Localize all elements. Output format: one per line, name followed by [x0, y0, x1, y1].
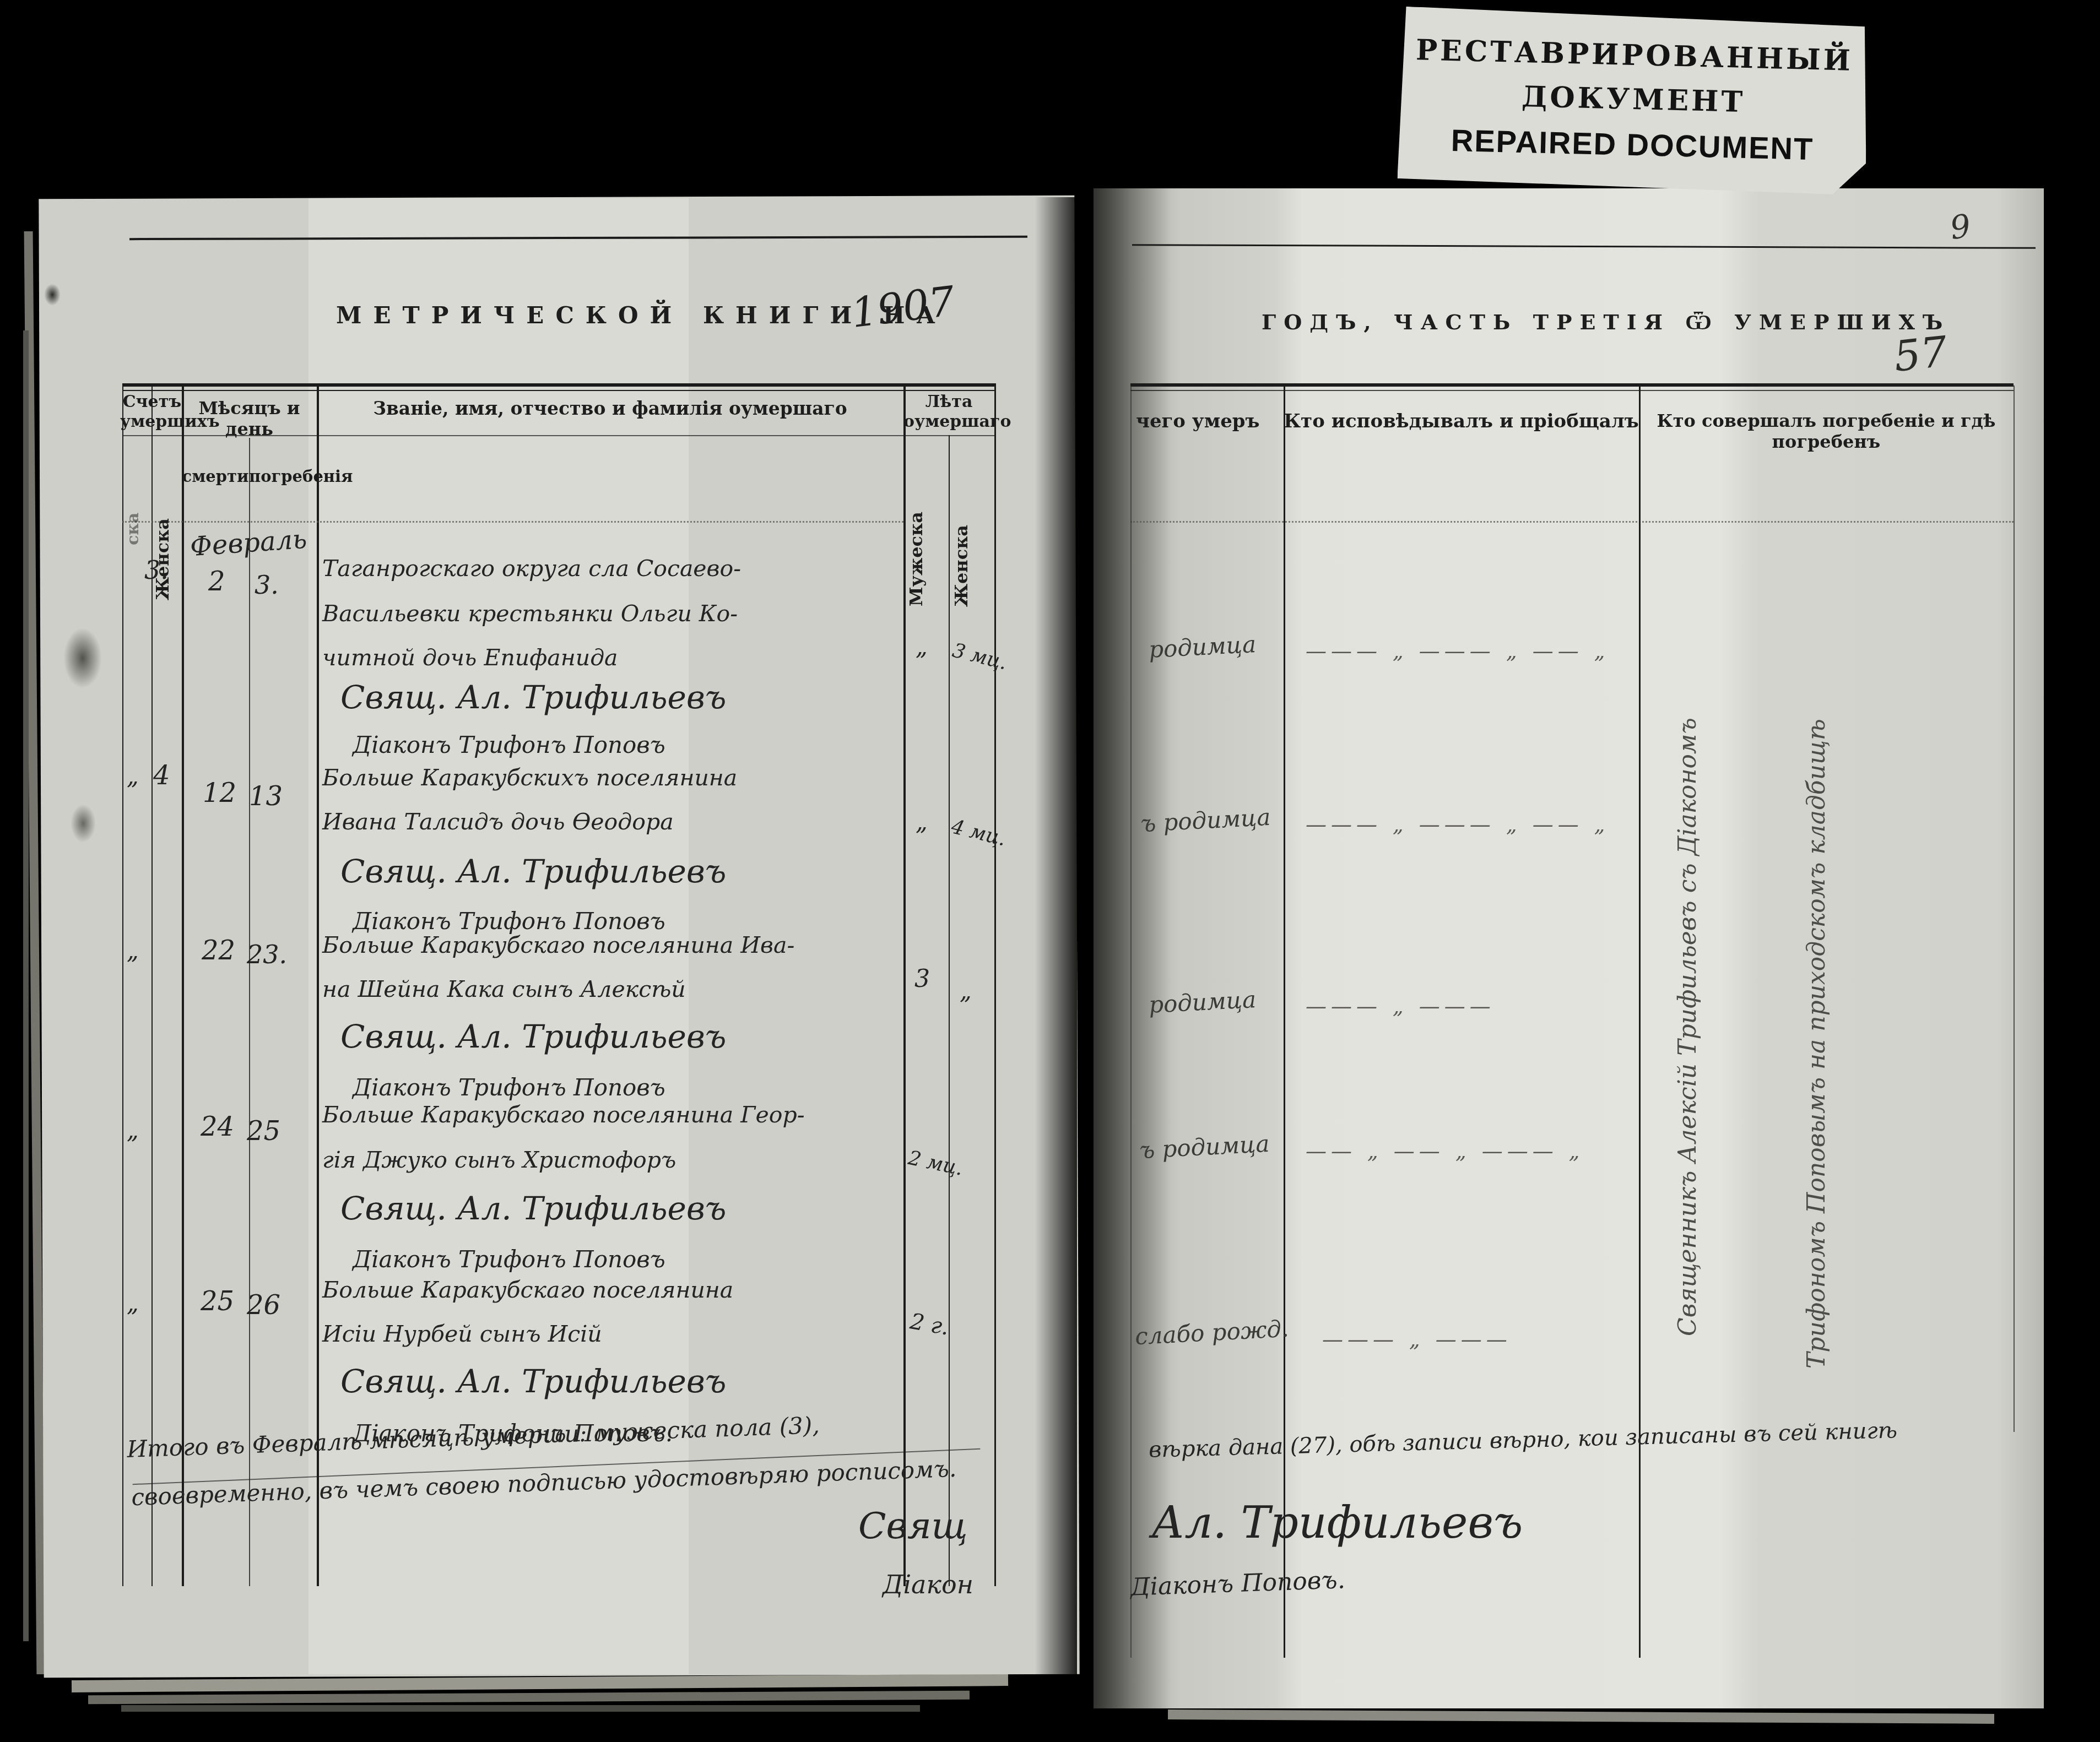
ditto-marks: ——— „ ——— „ —— „	[1306, 812, 1609, 837]
entry-record-line: Больше Каракубскихъ поселянина	[322, 764, 737, 791]
entry-death-day: 24	[201, 1111, 234, 1142]
entry-burial-day: 3.	[255, 570, 279, 600]
entry-age-male: 3	[914, 965, 930, 993]
cause-of-death: родимца	[1148, 986, 1257, 1018]
grid-line	[1130, 390, 2014, 391]
entry-counter: 4	[153, 760, 170, 791]
col-burial-officiant-header: Кто совершалъ погребеніе и гдѣ погребенъ	[1639, 410, 2014, 452]
attestation-priest-signature: Ал. Трифильевъ	[1151, 1497, 1523, 1548]
col-name-header: Званіе, имя, отчество и фамилія оумершаг…	[317, 398, 903, 419]
entry-burial-day: 13	[249, 781, 283, 812]
entry-ditto: „	[127, 1290, 139, 1317]
col-death-header: смерти	[182, 467, 249, 486]
col-burial-header: погребенія	[249, 467, 317, 486]
entry-record-line: Больше Каракубскаго поселянина Геор-	[322, 1101, 805, 1128]
entry-record-line: Васильевки крестьянки Ольги Ко-	[322, 600, 738, 627]
col-confession-header: Кто исповѣдывалъ и пріобщалъ	[1284, 410, 1639, 432]
entry-ditto: „	[127, 1117, 139, 1144]
entry-priest-signature: Свящ. Ал. Трифильевъ	[340, 1363, 726, 1400]
repaired-label-line-en: REPAIRED DOCUMENT	[1398, 121, 1866, 169]
ditto-marks: ——— „ ——— „ —— „	[1306, 639, 1609, 663]
scanned-book-photo: МЕТРИЧЕСКОЙ КНИГИ НА 1907 Счетъ умершихъ…	[0, 0, 2100, 1742]
entry-burial-day: 25	[247, 1116, 280, 1147]
entry-record-line: читной дочь Епифанида	[322, 644, 618, 671]
damage-spot	[44, 284, 61, 306]
summary-priest-signature: Свящ	[858, 1505, 968, 1547]
entry-ditto: „	[127, 937, 139, 964]
repaired-label-line-ru1: РЕСТАВРИРОВАННЫЙ	[1400, 33, 1869, 78]
summary-deacon-signature: Діакон	[883, 1570, 973, 1599]
entry-counter: 3.	[144, 555, 169, 585]
grid-line	[1130, 383, 2014, 387]
ditto-marks: —— „ —— „ ——— „	[1306, 1139, 1584, 1163]
entry-ditto: „	[127, 763, 139, 790]
entry-age-male: „	[916, 808, 928, 835]
repaired-label-line-ru2: ДОКУМЕНТ	[1399, 77, 1868, 122]
damage-spot	[63, 628, 102, 688]
entry-priest-signature: Свящ. Ал. Трифильевъ	[340, 679, 726, 716]
entry-deacon-signature: Діаконъ Трифонъ Поповъ	[353, 1074, 665, 1101]
grid-line	[1639, 386, 1641, 1658]
entry-record-line: Исіи Нурбей сынъ Исій	[322, 1321, 602, 1347]
col-cause-header: чего умеръ	[1136, 410, 1260, 432]
grid-line-dotted	[1130, 521, 2014, 523]
grid-line	[2014, 386, 2015, 1432]
grid-line-dotted	[122, 521, 903, 523]
grid-line	[994, 386, 996, 1586]
entry-death-day: 22	[202, 935, 235, 966]
entry-deacon-signature: Діаконъ Трифонъ Поповъ	[353, 731, 665, 758]
entry-burial-day: 26	[247, 1290, 280, 1321]
grid-line	[122, 390, 996, 391]
entry-priest-signature: Свящ. Ал. Трифильевъ	[340, 853, 726, 890]
entry-record-line: гія Джуко сынъ Христофоръ	[322, 1147, 676, 1173]
page-stack-edge	[88, 1691, 970, 1704]
ditto-marks: ——— „ ———	[1322, 1327, 1512, 1352]
damage-spot	[71, 804, 96, 843]
right-page-title: ГОДЪ, ЧАСТЬ ТРЕТІЯ Ѿ УМЕРШИХЪ	[1262, 310, 1746, 335]
cause-of-death: родимца	[1148, 631, 1257, 663]
grid-line	[949, 435, 950, 1586]
page-stack-edge	[1168, 1710, 1994, 1724]
entry-age-female: „	[960, 978, 972, 1005]
entry-record-line: на Шейна Кака сынъ Алексѣй	[322, 976, 686, 1002]
torn-edge	[1035, 197, 1077, 1676]
col-count-header: Счетъ умершихъ	[120, 392, 184, 432]
entry-record-line: Больше Каракубскаго поселянина	[322, 1277, 733, 1303]
entry-priest-signature: Свящ. Ал. Трифильевъ	[340, 1018, 726, 1055]
page-stack-edge	[23, 330, 29, 1641]
page-number: 57	[1892, 327, 1950, 381]
grid-line	[1284, 386, 1285, 1658]
col-count-sub-left-label: ска	[123, 446, 151, 611]
grid-line	[182, 386, 184, 1586]
col-age-header: Лѣта оумершаго	[903, 392, 994, 432]
vertical-clergy-note: Священникъ Алексій Трифильевъ съ Діаконо…	[1674, 562, 1726, 1493]
page-stack-edge	[121, 1705, 920, 1712]
entry-burial-day: 23.	[247, 940, 287, 969]
col-month-header: Мѣсяцъ и день	[182, 398, 317, 439]
entry-record-line: Таганрогскаго округа сла Сосаево-	[322, 555, 741, 582]
entry-record-line: Ивана Талсидъ дочь Ѳеодора	[322, 808, 674, 835]
grid-line	[122, 383, 996, 387]
repaired-document-label: РЕСТАВРИРОВАННЫЙ ДОКУМЕНТ REPAIRED DOCUM…	[1397, 7, 1870, 196]
grid-line	[249, 438, 250, 1586]
vertical-clergy-note: Трифономъ Поповымъ на приходскомъ кладби…	[1803, 592, 1855, 1495]
entry-death-day: 25	[201, 1286, 234, 1317]
entry-death-day: 12	[203, 778, 236, 808]
grid-line	[317, 386, 319, 1586]
grid-line	[1130, 386, 1132, 1658]
ditto-marks: ——— „ ———	[1306, 994, 1495, 1018]
entry-death-day: 2	[208, 566, 225, 597]
entry-deacon-signature: Діаконъ Трифонъ Поповъ	[353, 908, 665, 935]
entry-deacon-signature: Діаконъ Трифонъ Поповъ	[353, 1246, 665, 1273]
entry-record-line: Больше Каракубскаго поселянина Ива-	[322, 932, 794, 958]
entry-age-male: „	[916, 633, 928, 660]
entry-priest-signature: Свящ. Ал. Трифильевъ	[340, 1190, 726, 1227]
